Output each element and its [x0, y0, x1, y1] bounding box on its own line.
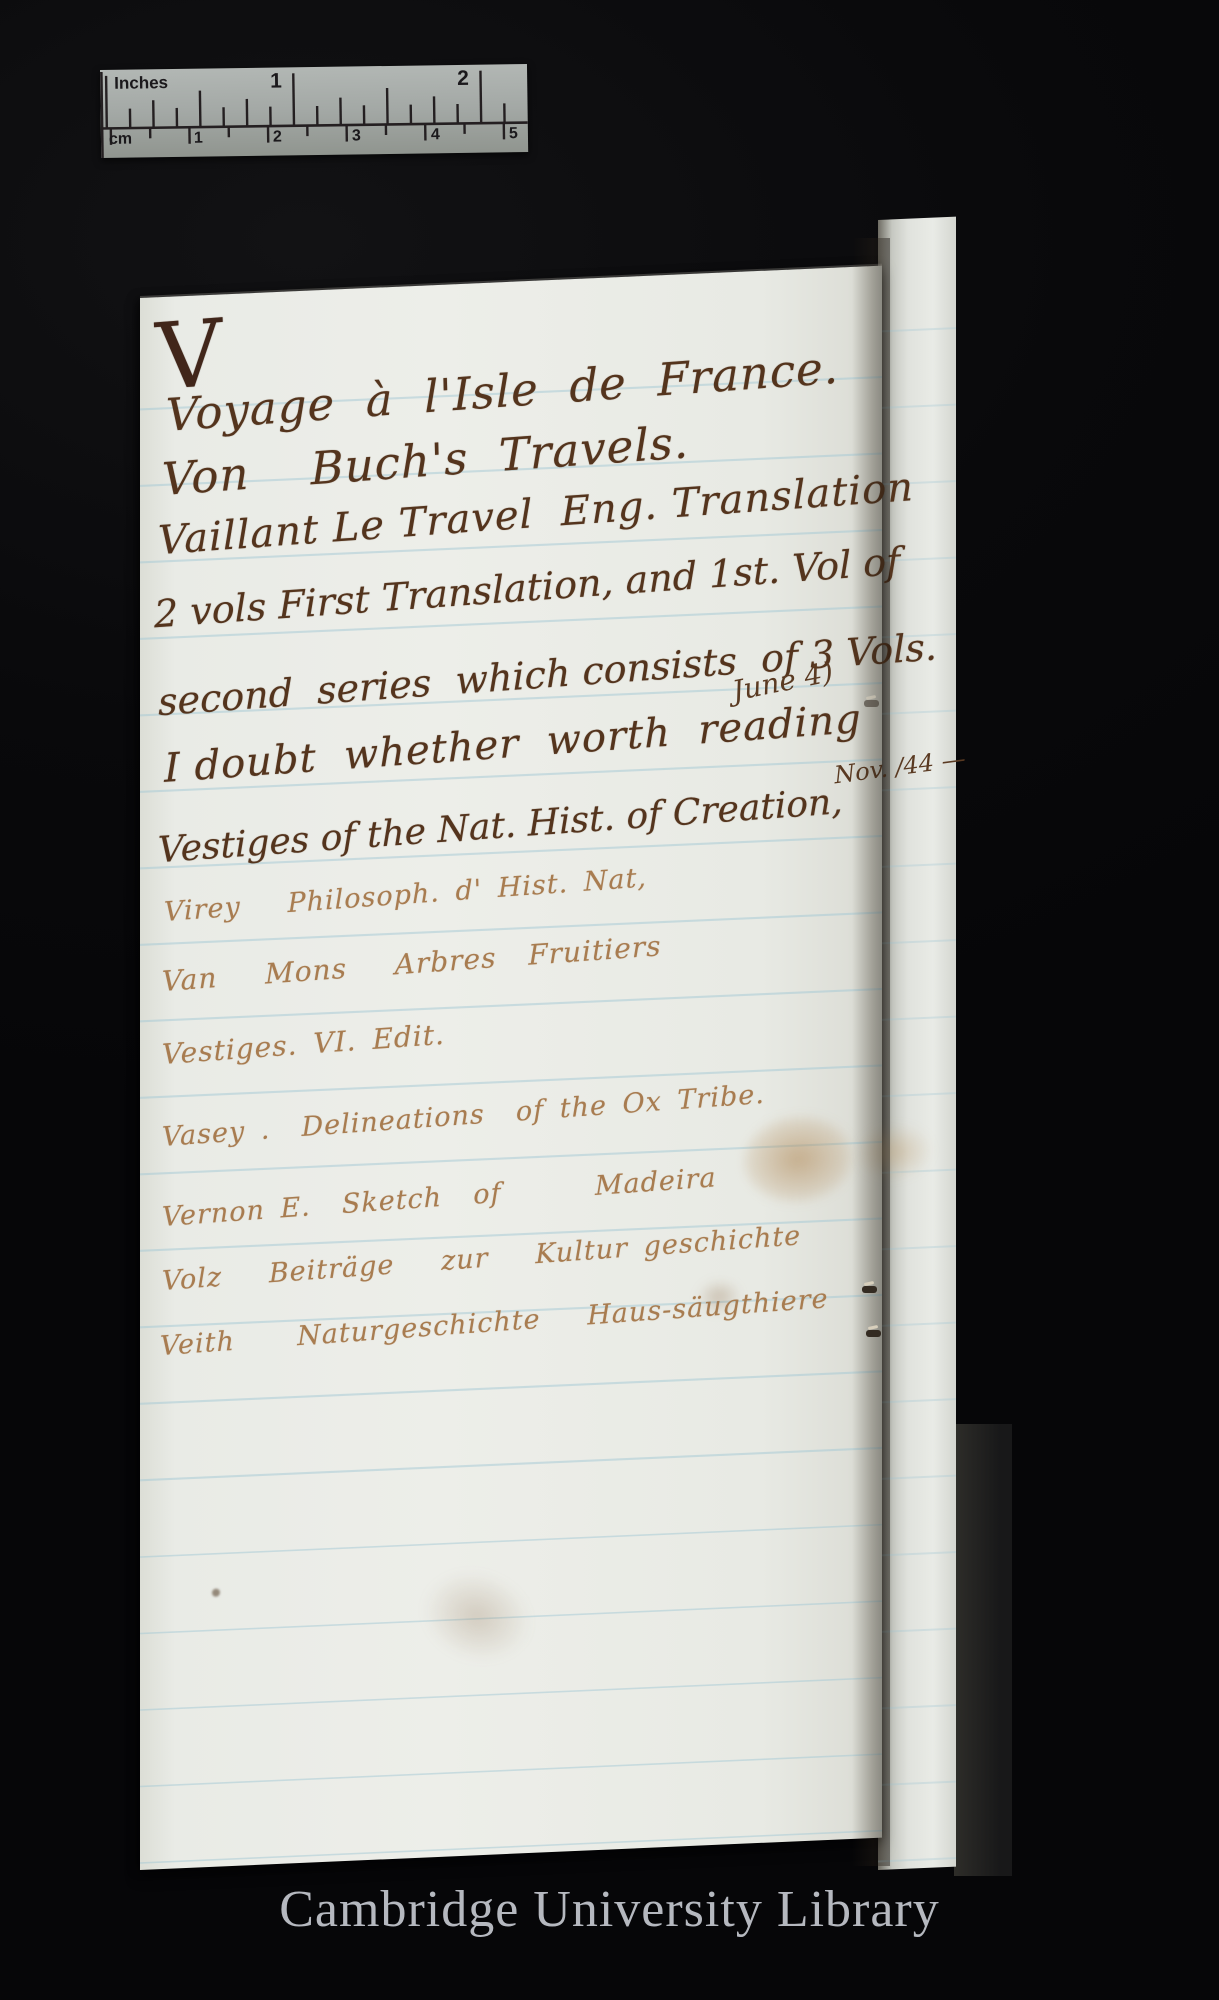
paper-stain [409, 1556, 544, 1676]
library-credit: Cambridge University Library [0, 1876, 1219, 1944]
underlying-pages-edge [954, 1424, 1012, 1876]
manuscript-line-10: Vestiges. VI. Edit. [162, 1021, 446, 1069]
ruler-cm-label-2: 2 [273, 129, 282, 145]
ruler-cm-label-5: 5 [509, 126, 518, 142]
manuscript-line-7: Vestiges of the Nat. Hist. of Creation, [157, 784, 843, 869]
ruler-cm-label-1: 1 [194, 131, 203, 147]
manuscript-line-11: Vasey . Delineations of the Ox Tribe. [162, 1081, 766, 1151]
facing-page-edge [878, 217, 956, 1870]
binding-stitch [864, 700, 879, 707]
manuscript-line-12: Vernon E. Sketch of Madeira [162, 1164, 717, 1231]
manuscript-line-8: Virey Philosoph. d' Hist. Nat, [164, 864, 648, 926]
binding-stitch [866, 1330, 881, 1337]
notebook-page: V Voyage à l'Isle de France. Von Buch's … [140, 266, 882, 1870]
binding-stitch [862, 1286, 877, 1293]
ink-stain [212, 1589, 220, 1597]
ruler-inch-label-2: 2 [457, 68, 469, 89]
paper-stain [742, 1113, 854, 1206]
photograph-background: { "photo": { "credit": "Cambridge Univer… [0, 0, 1219, 2000]
manuscript-line-9: Van Mons Arbres Fruitiers [162, 932, 662, 996]
ruler-cm-label-4: 4 [431, 127, 440, 143]
ruler-inches-unit: Inches [114, 74, 168, 92]
manuscript-line-1: Voyage à l'Isle de France. [165, 345, 839, 438]
ruler-cm-label-3: 3 [352, 128, 361, 144]
ruler-cm-unit: cm [109, 132, 132, 148]
ruler-inch-label-1: 1 [270, 70, 282, 91]
ruler: Inches 1 2 cm 1 2 3 4 5 [100, 64, 528, 158]
